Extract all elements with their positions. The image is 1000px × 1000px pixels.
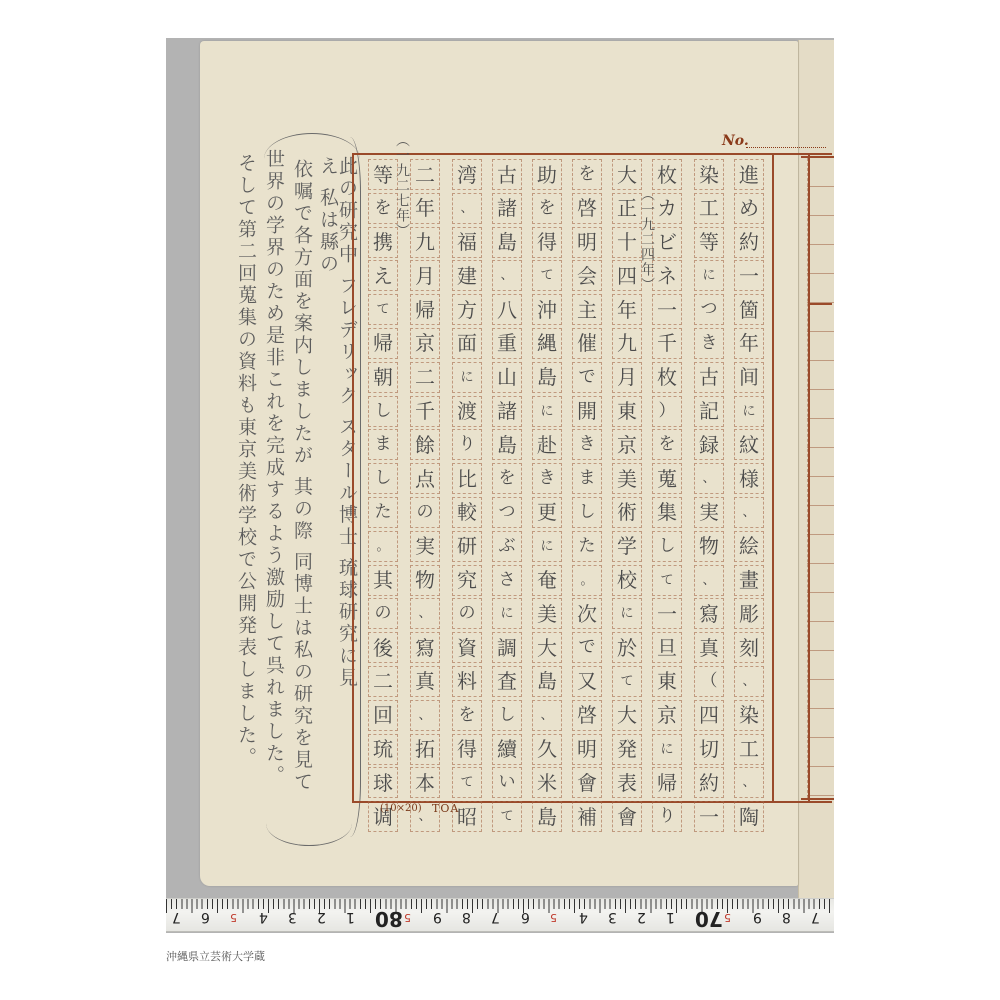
grid-cell: 會 — [572, 767, 602, 798]
grid-cell: 美 — [532, 598, 562, 629]
manuscript-column-6: 助を得て沖縄島に赴き更に奄美大島、久米島 — [532, 159, 562, 835]
grid-cell: 九 — [410, 227, 440, 258]
grid-cell: 球 — [368, 767, 398, 798]
manuscript-column-5: を啓明会主催で開きました。次で又啓明會補 — [572, 159, 602, 835]
grid-cell: 一 — [694, 801, 724, 832]
grid-cell: 、 — [492, 260, 522, 291]
grid-cell: 大 — [612, 700, 642, 731]
ruler-label: 1 — [346, 909, 355, 925]
grid-cell: 料 — [452, 666, 482, 697]
grid-cell: の — [368, 598, 398, 629]
grid-cell: 九 — [612, 328, 642, 359]
ruler-label: 2 — [637, 909, 646, 925]
grid-cell: で — [572, 362, 602, 393]
grid-cell: 真 — [694, 632, 724, 663]
grid-cell: 絵 — [734, 531, 764, 562]
margin-note-line-1: 此の研究中 フレデリック スタール博士 琉球研究に見え 私は縣の — [318, 156, 356, 696]
grid-cell: 、 — [532, 700, 562, 731]
grid-cell: 究 — [452, 565, 482, 596]
grid-cell: 、 — [452, 193, 482, 224]
grid-cell: 会 — [572, 260, 602, 291]
date-annotation-1927: （一九二七年） — [392, 133, 412, 238]
grid-cell: 得 — [452, 734, 482, 765]
grid-cell: 餘 — [410, 429, 440, 460]
grid-cell: 箇 — [734, 294, 764, 325]
grid-cell: 、 — [734, 666, 764, 697]
grid-cell: 紋 — [734, 429, 764, 460]
manuscript-column-1: 進め約一箇年间に紋様、絵畫彫刻、染工、陶 — [734, 159, 764, 835]
grid-cell: 奄 — [532, 565, 562, 596]
grid-cell: 回 — [368, 700, 398, 731]
grid-cell: 赴 — [532, 429, 562, 460]
grid-cell: り — [652, 801, 682, 832]
grid-cell: し — [652, 531, 682, 562]
grid-cell: 帰 — [652, 767, 682, 798]
grid-cell: 古 — [492, 159, 522, 190]
grid-cell: 校 — [612, 565, 642, 596]
grid-cell: 本 — [410, 767, 440, 798]
manuscript-column-9: 二年九月帰京二千餘点の実物、寫真、拓本、 — [410, 159, 440, 835]
grid-cell: 一 — [652, 598, 682, 629]
grid-cell: 島 — [532, 801, 562, 832]
grid-cell: 拓 — [410, 734, 440, 765]
grid-cell: 美 — [612, 463, 642, 494]
grid-cell: た — [368, 497, 398, 528]
grid-cell: 、 — [410, 598, 440, 629]
measuring-ruler: 7654321805987654321705987 — [166, 898, 834, 932]
grid-cell: 啓 — [572, 193, 602, 224]
grid-margin-split — [810, 303, 832, 305]
manuscript-sheet: No. 此の研究中 フレデリック スタール博士 琉球研究に見え 私は縣の 依嘱で… — [200, 41, 798, 886]
manuscript-column-10: 等を携えて帰朝しました。其の後二回琉球调 — [368, 159, 398, 835]
grid-cell: 、 — [734, 767, 764, 798]
grid-cell: 補 — [572, 801, 602, 832]
grid-cell: 較 — [452, 497, 482, 528]
ruler-label: 6 — [521, 909, 530, 925]
grid-cell: 開 — [572, 396, 602, 427]
grid-cell: 會 — [612, 801, 642, 832]
grid-cell: 旦 — [652, 632, 682, 663]
margin-note-line-4: そして第二回蒐集の資料も東京美術学校で公開発表しました。 — [236, 153, 255, 813]
ruler-label: 4 — [579, 909, 588, 925]
grid-cell: 續 — [492, 734, 522, 765]
grid-cell: 切 — [694, 734, 724, 765]
grid-cell: 陶 — [734, 801, 764, 832]
grid-cell: 年 — [612, 294, 642, 325]
grid-cell: 査 — [492, 666, 522, 697]
grid-cell: 寫 — [410, 632, 440, 663]
grid-cell: 等 — [694, 227, 724, 258]
ruler-label: 9 — [753, 909, 762, 925]
grid-cell: 得 — [532, 227, 562, 258]
grid-cell: を — [492, 463, 522, 494]
grid-cell: 島 — [492, 429, 522, 460]
ruler-label: 5 — [550, 911, 557, 924]
grid-cell: 啓 — [572, 700, 602, 731]
grid-cell: 朝 — [368, 362, 398, 393]
manuscript-column-2: 染工等につき古記録、実物、寫真（四切約一 — [694, 159, 724, 835]
grid-cell: 京 — [652, 700, 682, 731]
ruler-label: 6 — [201, 909, 210, 925]
grid-cell: の — [410, 497, 440, 528]
grid-cell: 京 — [612, 429, 642, 460]
grid-cell: 縄 — [532, 328, 562, 359]
grid-cell: 約 — [734, 227, 764, 258]
grid-cell: 点 — [410, 463, 440, 494]
grid-cell: 島 — [492, 227, 522, 258]
grid-cell: 進 — [734, 159, 764, 190]
grid-cell: 蒐 — [652, 463, 682, 494]
ruler-label: 5 — [404, 911, 411, 924]
grid-cell: 又 — [572, 666, 602, 697]
grid-cell: ぶ — [492, 531, 522, 562]
grid-cell: 二 — [368, 666, 398, 697]
grid-cell: 刻 — [734, 632, 764, 663]
grid-cell: て — [652, 565, 682, 596]
grid-cell: め — [734, 193, 764, 224]
grid-cell: 島 — [532, 666, 562, 697]
grid-cell: 帰 — [368, 328, 398, 359]
ruler-label: 3 — [608, 909, 617, 925]
ruler-label: 4 — [259, 909, 268, 925]
ruler-label: 3 — [288, 909, 297, 925]
grid-cell: 四 — [694, 700, 724, 731]
grid-cell: 年 — [734, 328, 764, 359]
grid-cell: に — [612, 598, 642, 629]
grid-cell: 。 — [368, 531, 398, 562]
grid-cell: 東 — [612, 396, 642, 427]
ruler-label: 7 — [491, 909, 500, 925]
grid-cell: に — [532, 396, 562, 427]
grid-cell: 古 — [694, 362, 724, 393]
grid-cell: 諸 — [492, 193, 522, 224]
grid-cell: て — [532, 260, 562, 291]
grid-cell: 物 — [694, 531, 724, 562]
grid-cell: 、 — [410, 700, 440, 731]
grid-cell: ） — [652, 396, 682, 427]
grid-cell: て — [452, 767, 482, 798]
ruler-label: 8 — [782, 909, 791, 925]
grid-cell: 湾 — [452, 159, 482, 190]
grid-cell: て — [368, 294, 398, 325]
grid-cell: を — [532, 193, 562, 224]
grid-cell: 物 — [410, 565, 440, 596]
page-number-label: No. — [722, 133, 749, 149]
grid-cell: で — [572, 632, 602, 663]
grid-cell: を — [452, 700, 482, 731]
grid-cell: に — [652, 734, 682, 765]
paper-brand-label: TOA — [432, 802, 459, 815]
ruler-label: 80 — [375, 907, 403, 931]
margin-note-line-3: 世界の学界のため是非これを完成するよう激励して呉れました。 — [264, 149, 283, 809]
grid-cell: 真 — [410, 666, 440, 697]
grid-cell: 島 — [532, 362, 562, 393]
grid-cell: き — [694, 328, 724, 359]
ruler-label: 70 — [695, 907, 723, 931]
grid-cell: 発 — [612, 734, 642, 765]
grid-cell: 明 — [572, 734, 602, 765]
grid-cell: 大 — [612, 159, 642, 190]
grid-cell: の — [452, 598, 482, 629]
grid-cell: つ — [492, 497, 522, 528]
grid-cell: て — [492, 801, 522, 832]
note-bracket-bottom — [266, 819, 352, 846]
grid-cell: を — [652, 429, 682, 460]
grid-cell: に — [694, 260, 724, 291]
grid-cell: 実 — [410, 531, 440, 562]
grid-cell: 調 — [492, 632, 522, 663]
grid-cell: 京 — [410, 328, 440, 359]
manuscript-column-8: 湾、福建方面に渡り比較研究の資料を得て昭 — [452, 159, 482, 835]
grid-cell: 工 — [734, 734, 764, 765]
grid-cell: 福 — [452, 227, 482, 258]
grid-cell: ま — [572, 463, 602, 494]
grid-cell: し — [368, 396, 398, 427]
grid-cell: 重 — [492, 328, 522, 359]
grid-cell: 。 — [572, 565, 602, 596]
grid-cell: 一 — [734, 260, 764, 291]
grid-cell: 更 — [532, 497, 562, 528]
grid-cell: い — [492, 767, 522, 798]
grid-cell: 间 — [734, 362, 764, 393]
grid-cell: き — [532, 463, 562, 494]
ruler-label: 5 — [230, 911, 237, 924]
grid-cell: 研 — [452, 531, 482, 562]
grid-cell: 実 — [694, 497, 724, 528]
grid-cell: つ — [694, 294, 724, 325]
grid-cell: 明 — [572, 227, 602, 258]
grid-cell: 二 — [410, 159, 440, 190]
ruler-label: 1 — [666, 909, 675, 925]
grid-cell: 八 — [492, 294, 522, 325]
grid-cell: に — [492, 598, 522, 629]
grid-cell: え — [368, 260, 398, 291]
grid-cell: 沖 — [532, 294, 562, 325]
grid-cell: 記 — [694, 396, 724, 427]
ruler-label: 7 — [172, 909, 181, 925]
grid-cell: し — [492, 700, 522, 731]
grid-cell: 約 — [694, 767, 724, 798]
grid-cell: 枚 — [652, 362, 682, 393]
grid-cell: に — [452, 362, 482, 393]
grid-cell: 於 — [612, 632, 642, 663]
grid-cell: て — [612, 666, 642, 697]
grid-cell: 表 — [612, 767, 642, 798]
grid-cell: 千 — [652, 328, 682, 359]
ruler-label: 9 — [433, 909, 442, 925]
grid-cell: 主 — [572, 294, 602, 325]
grid-cell: 、 — [694, 463, 724, 494]
grid-size-label: (10×20) — [380, 803, 422, 814]
grid-cell: さ — [492, 565, 522, 596]
grid-cell: た — [572, 531, 602, 562]
grid-cell: 様 — [734, 463, 764, 494]
ruler-label: 7 — [811, 909, 820, 925]
grid-cell: 久 — [532, 734, 562, 765]
grid-cell: 畫 — [734, 565, 764, 596]
grid-cell: 術 — [612, 497, 642, 528]
grid-cell: 後 — [368, 632, 398, 663]
grid-cell: に — [734, 396, 764, 427]
grid-cell: 大 — [532, 632, 562, 663]
grid-cell: 渡 — [452, 396, 482, 427]
grid-cell: 琉 — [368, 734, 398, 765]
grid-cell: 建 — [452, 260, 482, 291]
grid-cell: 、 — [734, 497, 764, 528]
grid-cell: 方 — [452, 294, 482, 325]
grid-cell: 一 — [652, 294, 682, 325]
grid-cell: し — [368, 463, 398, 494]
grid-cell: き — [572, 429, 602, 460]
grid-cell: 助 — [532, 159, 562, 190]
grid-cell: 千 — [410, 396, 440, 427]
ruler-label: 8 — [462, 909, 471, 925]
grid-cell: （ — [694, 666, 724, 697]
grid-cell: 年 — [410, 193, 440, 224]
grid-cell: 染 — [734, 700, 764, 731]
grid-cell: 帰 — [410, 294, 440, 325]
grid-cell: 諸 — [492, 396, 522, 427]
page-number-line — [746, 147, 826, 148]
grid-cell: 資 — [452, 632, 482, 663]
grid-cell: に — [532, 531, 562, 562]
grid-cell: 二 — [410, 362, 440, 393]
grid-cell: 工 — [694, 193, 724, 224]
grid-cell: 録 — [694, 429, 724, 460]
grid-cell: 次 — [572, 598, 602, 629]
grid-cell: 催 — [572, 328, 602, 359]
grid-cell: 其 — [368, 565, 398, 596]
grid-cell: を — [572, 159, 602, 190]
grid-cell: 米 — [532, 767, 562, 798]
grid-cell: 枚 — [652, 159, 682, 190]
grid-cell: 集 — [652, 497, 682, 528]
ruler-label: 2 — [317, 909, 326, 925]
grid-cell: 染 — [694, 159, 724, 190]
grid-cell: 東 — [652, 666, 682, 697]
grid-cell: 彫 — [734, 598, 764, 629]
grid-margin-divider-2 — [808, 155, 810, 801]
grid-cell: 、 — [694, 565, 724, 596]
date-annotation-1924: （一九二四年） — [637, 187, 657, 292]
grid-cell: 月 — [410, 260, 440, 291]
grid-cell: 比 — [452, 463, 482, 494]
grid-cell: し — [572, 497, 602, 528]
ruler-label: 5 — [724, 911, 731, 924]
collection-credit: 沖縄県立芸術大学蔵 — [166, 948, 265, 964]
archival-photo: No. 此の研究中 フレデリック スタール博士 琉球研究に見え 私は縣の 依嘱で… — [166, 38, 834, 933]
grid-margin-divider-1 — [772, 155, 774, 801]
grid-cell: 山 — [492, 362, 522, 393]
grid-cell: 面 — [452, 328, 482, 359]
grid-cell: ま — [368, 429, 398, 460]
grid-cell: 学 — [612, 531, 642, 562]
grid-cell: り — [452, 429, 482, 460]
grid-cell: 寫 — [694, 598, 724, 629]
grid-cell: 月 — [612, 362, 642, 393]
margin-note-line-2: 依嘱で各方面を案内しましたが 其の際 同博士は私の研究を見て — [292, 159, 311, 819]
manuscript-column-7: 古諸島、八重山諸島をつぶさに調査し續いて — [492, 159, 522, 835]
manuscript-grid: 進め約一箇年间に紋様、絵畫彫刻、染工、陶 染工等につき古記録、実物、寫真（四切約… — [352, 153, 832, 803]
